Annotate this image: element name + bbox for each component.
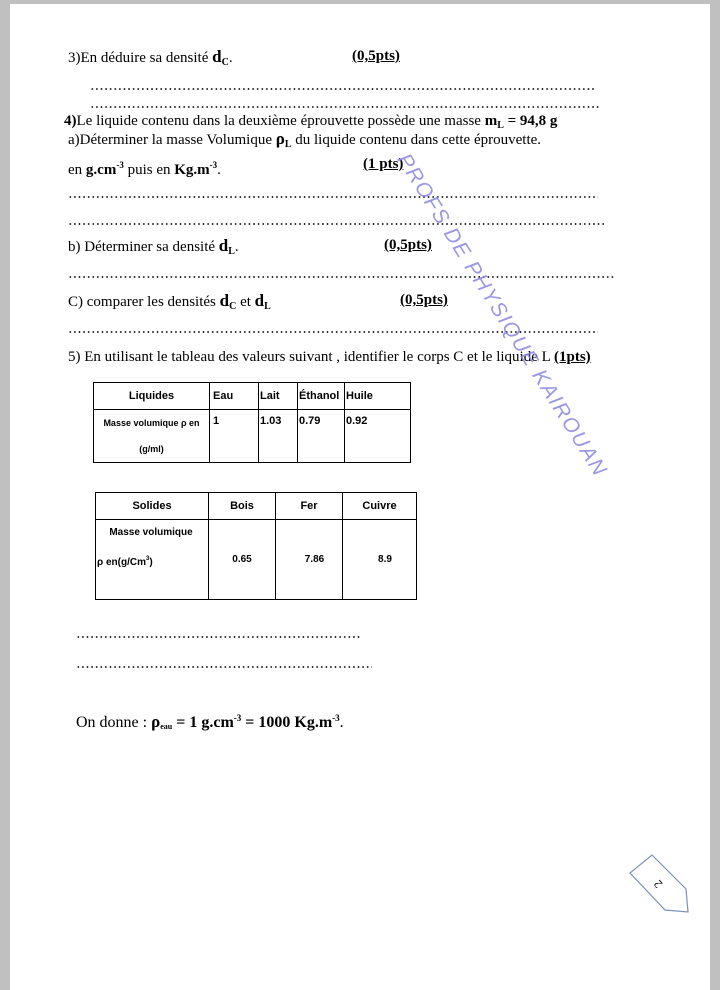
given-data: On donne : ρeau = 1 g.cm-3 = 1000 Kg.m-3… — [76, 712, 344, 732]
question-4c-points: (0,5pts) — [400, 292, 448, 309]
header-cell: Eau — [210, 383, 259, 410]
row-label-line: ρ en(g/Cm3) — [97, 546, 205, 576]
question-4a-text: a)Déterminer la masse Volumique — [68, 132, 276, 148]
question-4-text: Le liquide contenu dans la deuxième épro… — [77, 113, 485, 129]
table-header-row: Solides Bois Fer Cuivre — [96, 493, 417, 520]
punct: . — [340, 714, 344, 731]
punct: . — [235, 239, 239, 255]
question-4c-text: C) comparer les densités — [68, 294, 220, 310]
rho-subscript: L — [285, 139, 292, 150]
liquids-table: Liquides Eau Lait Éthanol Huile Masse vo… — [93, 382, 411, 463]
punct: . — [229, 50, 233, 66]
row-label-line: Masse volumique ρ en — [97, 410, 206, 436]
rho-symbol: ρ — [151, 712, 160, 731]
header-cell: Éthanol — [298, 383, 345, 410]
unit-exponent: -3 — [116, 160, 124, 170]
table-row: Masse volumique ρ en (g/ml) 1 1.03 0.79 … — [94, 410, 411, 463]
header-cell: Huile — [345, 383, 411, 410]
question-4b-points: (0,5pts) — [384, 237, 432, 254]
question-4a-units: en g.cm-3 puis en Kg.m-3. — [68, 156, 221, 179]
mass-symbol: m — [485, 113, 498, 129]
exam-page: 3)En déduire sa densité dC. (0,5pts) 4)L… — [10, 4, 710, 990]
question-4b: b) Déterminer sa densité dL. — [68, 237, 239, 261]
solids-table: Solides Bois Fer Cuivre Masse volumique … — [95, 492, 417, 600]
question-4-number: 4) — [64, 113, 77, 129]
density-subscript: L — [264, 301, 271, 312]
row-label-end: ) — [149, 557, 152, 568]
answer-line[interactable] — [68, 276, 614, 278]
density-subscript: L — [228, 246, 235, 257]
density-symbol: d — [219, 236, 228, 255]
answer-line[interactable] — [76, 636, 360, 638]
units-prefix: en — [68, 162, 86, 178]
header-cell: Liquides — [94, 383, 210, 410]
page-number-badge: 2 — [625, 852, 695, 927]
answer-line[interactable] — [68, 223, 604, 225]
answer-line[interactable] — [90, 106, 600, 108]
question-3-points: (0,5pts) — [352, 48, 400, 65]
density-subscript: C — [222, 57, 229, 68]
question-4a-text2: du liquide contenu dans cette éprouvette… — [292, 132, 542, 148]
value-cell: 0.92 — [345, 410, 411, 463]
question-5-points: (1pts) — [554, 349, 591, 365]
answer-line[interactable] — [76, 666, 372, 668]
value-cell: 1.03 — [259, 410, 298, 463]
mass-value: = 94,8 g — [504, 113, 558, 129]
unit-kgm: Kg.m — [174, 162, 209, 178]
table-header-row: Liquides Eau Lait Éthanol Huile — [94, 383, 411, 410]
header-cell: Bois — [209, 493, 276, 520]
value-cell: 8.9 — [343, 520, 417, 600]
given-value-1: = 1 g.cm — [172, 714, 234, 731]
question-3: 3)En déduire sa densité dC. — [68, 48, 233, 72]
exponent: -3 — [332, 713, 340, 723]
density-symbol: d — [255, 291, 264, 310]
density-symbol: d — [220, 291, 229, 310]
conjunction: et — [236, 294, 254, 310]
header-cell: Solides — [96, 493, 209, 520]
value-cell: 7.86 — [276, 520, 343, 600]
row-label-line: Masse volumique — [97, 520, 205, 546]
watermark: PROFS DE PHYSIQUE KAIROUAN — [392, 150, 612, 482]
question-4c: C) comparer les densités dC et dL — [68, 292, 271, 316]
given-prefix: On donne : — [76, 714, 151, 731]
answer-line[interactable] — [68, 196, 598, 198]
table-row: Masse volumique ρ en(g/Cm3) 0.65 7.86 8.… — [96, 520, 417, 600]
pentagon-arrow-icon: 2 — [625, 852, 695, 922]
value-cell: 0.65 — [209, 520, 276, 600]
density-symbol: d — [212, 47, 221, 66]
question-4b-text: b) Déterminer sa densité — [68, 239, 219, 255]
units-mid: puis en — [124, 162, 174, 178]
value-cell: 0.79 — [298, 410, 345, 463]
unit-gcm: g.cm — [86, 162, 116, 178]
question-4a: a)Déterminer la masse Volumique ρL du li… — [68, 130, 541, 154]
header-cell: Fer — [276, 493, 343, 520]
value-cell: 1 — [210, 410, 259, 463]
row-label-cell: Masse volumique ρ en (g/ml) — [94, 410, 210, 463]
question-3-text: 3)En déduire sa densité — [68, 50, 212, 66]
punct: . — [217, 162, 221, 178]
given-value-2: = 1000 Kg.m — [241, 714, 332, 731]
row-label-text: ρ en(g/Cm — [97, 557, 146, 568]
row-label-cell: Masse volumique ρ en(g/Cm3) — [96, 520, 209, 600]
header-cell: Lait — [259, 383, 298, 410]
question-5-text: 5) En utilisant le tableau des valeurs s… — [68, 349, 554, 365]
rho-subscript: eau — [160, 722, 172, 731]
rho-symbol: ρ — [276, 129, 285, 148]
answer-line[interactable] — [90, 88, 594, 90]
header-cell: Cuivre — [343, 493, 417, 520]
row-label-line: (g/ml) — [97, 436, 206, 462]
